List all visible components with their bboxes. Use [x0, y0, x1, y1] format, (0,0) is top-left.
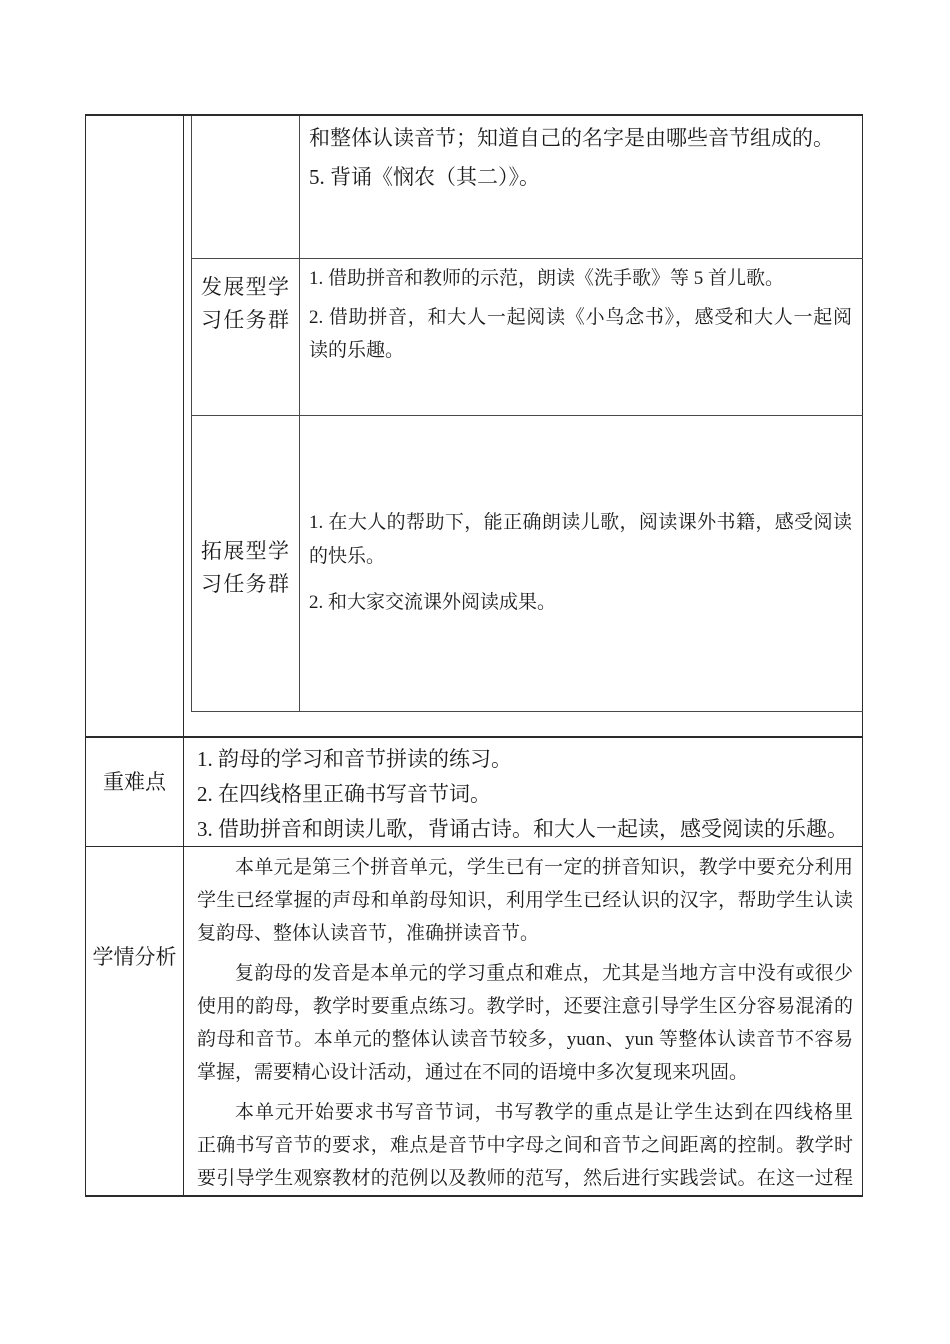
developmental-tasks-label: 发展型学习任务群	[201, 271, 289, 337]
label-column-divider	[183, 114, 184, 1197]
nested-table-border-bottom	[191, 711, 863, 712]
table-border-top	[85, 114, 863, 116]
nested-row-divider-1	[191, 258, 863, 259]
nested-row-divider-2	[191, 415, 863, 416]
extended-tasks-content: 1. 在大人的帮助下，能正确朗读儿歌，阅读课外书籍，感受阅读的快乐。2. 和大家…	[309, 506, 852, 620]
table-border-left	[85, 114, 86, 1197]
developmental-tasks-content: 1. 借助拼音和教师的示范，朗读《洗手歌》等 5 首儿歌。2. 借助拼音，和大人…	[309, 262, 852, 367]
learner-analysis-content: 本单元是第三个拼音单元，学生已有一定的拼音知识，教学中要充分利用学生已经掌握的声…	[197, 851, 853, 1195]
basic-tasks-continued-content: 和整体认读音节；知道自己的名字是由哪些音节组成的。5. 背诵《悯农（其二）》。	[309, 121, 852, 194]
document-page: 和整体认读音节；知道自己的名字是由哪些音节组成的。5. 背诵《悯农（其二）》。 …	[0, 0, 950, 1344]
key-points-label: 重难点	[86, 766, 183, 799]
learner-analysis-label: 学情分析	[86, 941, 183, 974]
table-border-bottom-pagecut	[85, 1195, 863, 1197]
nested-table-border-left	[191, 116, 192, 711]
row-divider-objectives-keypoints	[85, 736, 863, 738]
extended-tasks-label: 拓展型学习任务群	[201, 535, 289, 601]
nested-label-column-divider	[299, 116, 300, 711]
table-border-right	[862, 114, 863, 1197]
key-points-content: 1. 韵母的学习和音节拼读的练习。2. 在四线格里正确书写音节词。3. 借助拼音…	[197, 742, 853, 847]
